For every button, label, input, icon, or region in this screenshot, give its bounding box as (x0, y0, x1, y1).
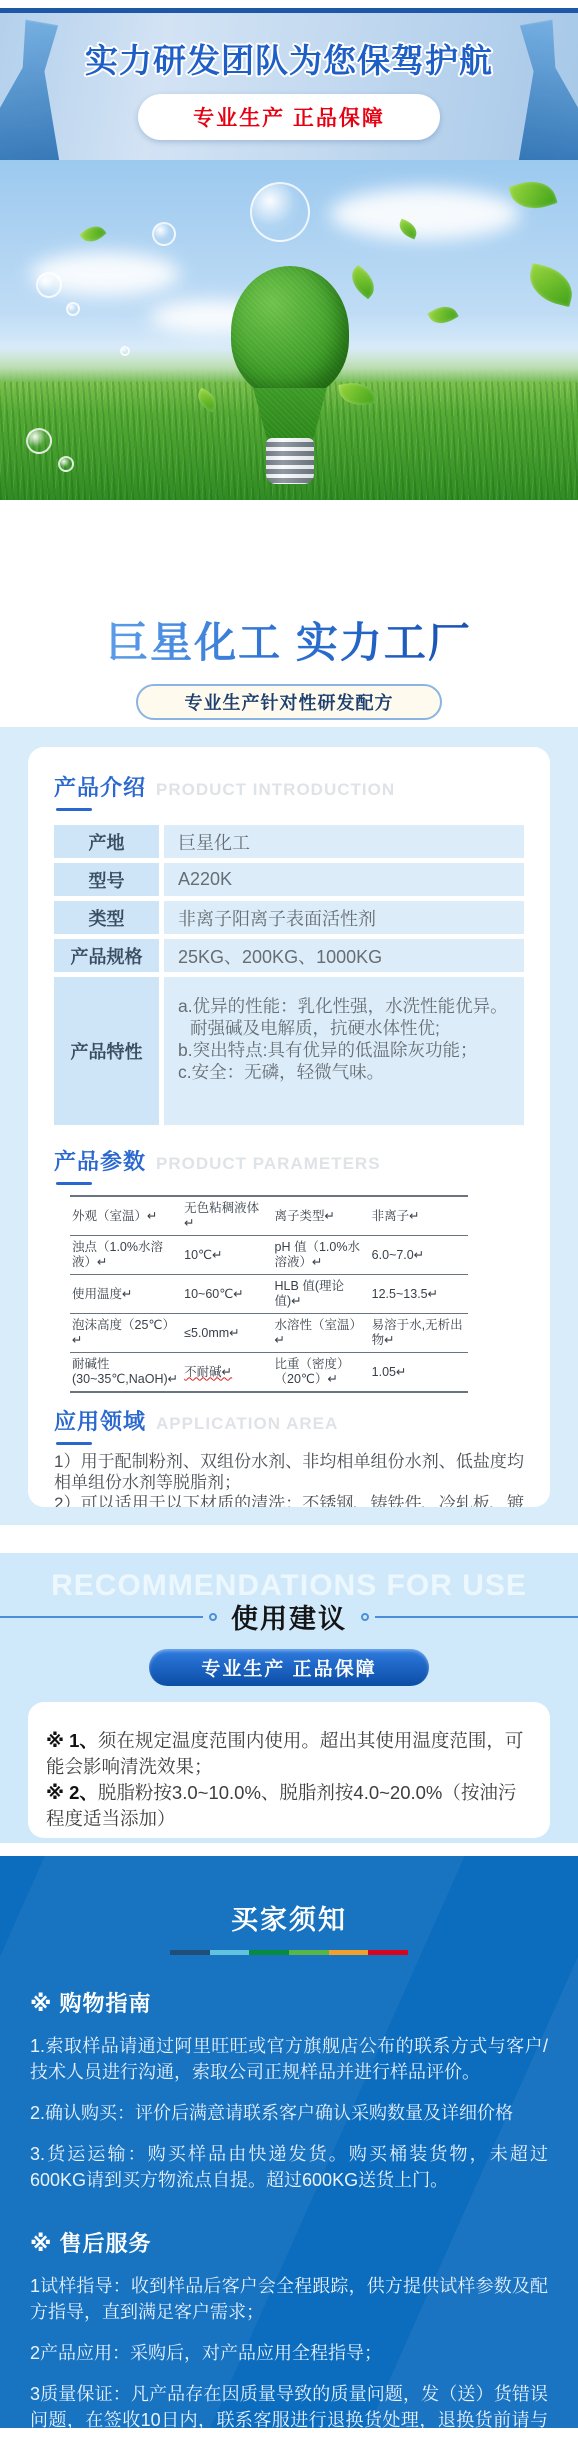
intro-header: 产品介绍 PRODUCT INTRODUCTION (54, 771, 524, 802)
intro-underline (56, 808, 92, 811)
note-text: 须在规定温度范围内使用。超出其使用温度范围，可能会影响清洗效果； (46, 1730, 523, 1777)
param-cell: HLB 值(理论值)↵ (273, 1275, 370, 1314)
param-cell: 耐碱性(30~35℃,NaOH)↵ (70, 1353, 182, 1393)
row-value: A220K (164, 863, 524, 896)
row-value: 巨星化工 (164, 825, 524, 858)
params-header: 产品参数 PRODUCT PARAMETERS (54, 1145, 524, 1176)
alkali-resistance-value: 不耐碱↵ (184, 1365, 232, 1379)
application-header: 应用领域 APPLICATION AREA (54, 1405, 524, 1436)
param-cell: 10℃↵ (182, 1236, 272, 1275)
param-cell: pH 值（1.0%水溶液）↵ (273, 1236, 370, 1275)
param-cell: 6.0~7.0↵ (370, 1236, 468, 1275)
product-info-section: 产品介绍 PRODUCT INTRODUCTION 产地 巨星化工 型号 A22… (0, 727, 578, 1525)
table-row: 产品规格 25KG、200KG、1000KG (54, 939, 524, 972)
param-cell: 外观（室温）↵ (70, 1196, 182, 1236)
table-row: 使用温度↵ 10~60℃↵ HLB 值(理论值)↵ 12.5~13.5↵ (70, 1275, 468, 1314)
lightbulb-metal-base (266, 438, 314, 484)
application-item: 1）用于配制粉剂、双组份水剂、非均相单组份水剂、低盐度均相单组份水剂等脱脂剂； (54, 1451, 524, 1493)
cloud (330, 188, 520, 240)
intro-table: 产地 巨星化工 型号 A220K 类型 非离子阳离子表面活性剂 产品规格 25K… (54, 825, 524, 1125)
row-value: 非离子阳离子表面活性剂 (164, 901, 524, 934)
row-value: a.优异的性能：乳化性强，水洗性能优异。 耐强碱及电解质，抗硬水体性优; b.突… (164, 977, 524, 1125)
divider-line (375, 1616, 578, 1618)
param-cell: 泡沫高度（25℃）↵ (70, 1314, 182, 1353)
after-sales-item: 3质量保证：凡产品存在因质量导致的质量问题，发（送）货错误问题，在签收10日内，… (30, 2381, 548, 2428)
bar-segment (289, 1950, 329, 1955)
top-banner: 实力研发团队为您保驾护航 专业生产 正品保障 (0, 8, 578, 160)
table-row: 型号 A220K (54, 863, 524, 896)
intro-heading-en: PRODUCT INTRODUCTION (156, 780, 395, 800)
bubble (66, 302, 80, 316)
color-segment-bar (170, 1950, 408, 1955)
row-value: 25KG、200KG、1000KG (164, 939, 524, 972)
after-sales-heading: ※ 售后服务 (30, 2227, 548, 2258)
usage-notes-card: ※ 1、须在规定温度范围内使用。超出其使用温度范围，可能会影响清洗效果； ※ 2… (28, 1702, 550, 1838)
application-item: 2）可以适用于以下材质的清洗：不锈钢、铸铁件、冷轧板、镀锌板等铁材的清洗；用于压… (54, 1493, 524, 1507)
feature-line: b.突出特点:具有优异的低温除灰功能； (178, 1039, 510, 1061)
bubble (58, 456, 74, 472)
usage-badge: 专业生产 正品保障 (149, 1649, 429, 1686)
bar-segment (210, 1950, 250, 1955)
param-cell: 离子类型↵ (273, 1196, 370, 1236)
param-cell: 易溶于水,无析出物↵ (370, 1314, 468, 1353)
bubble (120, 346, 130, 356)
divider-line (0, 1616, 203, 1618)
param-cell: 浊点（1.0%水溶液）↵ (70, 1236, 182, 1275)
table-row: 泡沫高度（25℃）↵ ≤5.0mm↵ 水溶性（室温）↵ 易溶于水,无析出物↵ (70, 1314, 468, 1353)
bubble (36, 272, 62, 298)
param-cell: 不耐碱↵ (182, 1353, 272, 1393)
page-top-margin (0, 0, 578, 8)
param-cell: ≤5.0mm↵ (182, 1314, 272, 1353)
params-heading: 产品参数 (54, 1145, 146, 1176)
param-cell: 10~60℃↵ (182, 1275, 272, 1314)
usage-heading: 使用建议 (223, 1597, 355, 1636)
buyer-notice-content: 买家须知 ※ 购物指南 1.索取样品请通过阿里旺旺或官方旗舰店公布的联系方式与客… (30, 1856, 548, 2428)
shopping-guide-item: 2.确认购买：评价后满意请联系客户确认采购数量及详细价格 (30, 2100, 548, 2126)
row-label: 类型 (54, 901, 159, 934)
buyer-notice-title: 买家须知 (30, 1856, 548, 1937)
param-cell: 非离子↵ (370, 1196, 468, 1236)
table-row: 浊点（1.0%水溶液）↵ 10℃↵ pH 值（1.0%水溶液）↵ 6.0~7.0… (70, 1236, 468, 1275)
table-row: 产地 巨星化工 (54, 825, 524, 858)
bar-segment (368, 1950, 408, 1955)
banner-title: 实力研发团队为您保驾护航 (0, 35, 578, 82)
factory-subtitle-badge: 专业生产针对性研发配方 (136, 684, 442, 720)
shopping-guide-item: 1.索取样品请通过阿里旺旺或官方旗舰店公布的联系方式与客户/技术人员进行沟通，索… (30, 2033, 548, 2085)
shopping-guide-heading: ※ 购物指南 (30, 1987, 548, 2018)
application-heading: 应用领域 (54, 1405, 146, 1436)
params-table: 外观（室温）↵ 无色粘稠液体↵ 离子类型↵ 非离子↵ 浊点（1.0%水溶液）↵ … (70, 1195, 468, 1393)
usage-note: ※ 2、脱脂粉按3.0~10.0%、脱脂剂按4.0~20.0%（按油污程度适当添… (46, 1780, 532, 1832)
ring-icon (361, 1613, 369, 1621)
table-row: 外观（室温）↵ 无色粘稠液体↵ 离子类型↵ 非离子↵ (70, 1196, 468, 1236)
product-info-card: 产品介绍 PRODUCT INTRODUCTION 产地 巨星化工 型号 A22… (28, 747, 550, 1507)
usage-heading-row: 使用建议 (0, 1597, 578, 1636)
feature-line: a.优异的性能：乳化性强，水洗性能优异。 (178, 995, 510, 1017)
row-label: 型号 (54, 863, 159, 896)
bubble (26, 428, 52, 454)
bar-segment (170, 1950, 210, 1955)
intro-heading: 产品介绍 (54, 771, 146, 802)
page-bottom-margin (0, 2428, 578, 2464)
note-text: 脱脂粉按3.0~10.0%、脱脂剂按4.0~20.0%（按油污程度适当添加） (46, 1782, 516, 1829)
note-marker: ※ 1、 (46, 1730, 98, 1751)
params-underline (56, 1182, 92, 1185)
table-row: 类型 非离子阳离子表面活性剂 (54, 901, 524, 934)
bar-segment (249, 1950, 289, 1955)
table-row: 耐碱性(30~35℃,NaOH)↵ 不耐碱↵ 比重（密度）（20℃）↵ 1.05… (70, 1353, 468, 1393)
bar-segment (329, 1950, 369, 1955)
after-sales-item: 1试样指导：收到样品后客户会全程跟踪，供方提供试样参数及配方指导，直到满足客户需… (30, 2273, 548, 2325)
application-heading-en: APPLICATION AREA (156, 1414, 338, 1434)
param-cell: 使用温度↵ (70, 1275, 182, 1314)
note-marker: ※ 2、 (46, 1782, 98, 1803)
row-label: 产品规格 (54, 939, 159, 972)
param-cell: 水溶性（室温）↵ (273, 1314, 370, 1353)
params-heading-en: PRODUCT PARAMETERS (156, 1154, 381, 1174)
feature-line: 耐强碱及电解质，抗硬水体性优; (178, 1017, 510, 1039)
param-cell: 12.5~13.5↵ (370, 1275, 468, 1314)
table-row-features: 产品特性 a.优异的性能：乳化性强，水洗性能优异。 耐强碱及电解质，抗硬水体性优… (54, 977, 524, 1125)
factory-title: 巨星化工 实力工厂 (106, 610, 472, 670)
row-label: 产品特性 (54, 977, 159, 1125)
shopping-guide-item: 3.货运运输：购买样品由快递发货。购买桶装货物，未超过600KG请到买方物流点自… (30, 2141, 548, 2193)
usage-note: ※ 1、须在规定温度范围内使用。超出其使用温度范围，可能会影响清洗效果； (46, 1728, 532, 1780)
param-cell: 无色粘稠液体↵ (182, 1196, 272, 1236)
buyer-notice-section: 买家须知 ※ 购物指南 1.索取样品请通过阿里旺旺或官方旗舰店公布的联系方式与客… (0, 1856, 578, 2428)
section-gap (0, 1525, 578, 1553)
factory-title-block: 巨星化工 实力工厂 专业生产针对性研发配方 (0, 500, 578, 727)
banner-badge: 专业生产 正品保障 (138, 94, 440, 140)
grass-lightbulb-globe (231, 266, 349, 398)
usage-section: RECOMMENDATIONS FOR USE 使用建议 专业生产 正品保障 ※… (0, 1553, 578, 1843)
application-text: 1）用于配制粉剂、双组份水剂、非均相单组份水剂、低盐度均相单组份水剂等脱脂剂； … (54, 1451, 524, 1507)
bubble (250, 182, 310, 242)
bubble (152, 222, 176, 246)
application-underline (56, 1442, 92, 1445)
section-gap (0, 1843, 578, 1856)
ring-icon (209, 1613, 217, 1621)
feature-line: c.安全：无磷，轻微气味。 (178, 1061, 510, 1083)
param-cell: 1.05↵ (370, 1353, 468, 1393)
after-sales-item: 2产品应用：采购后，对产品应用全程指导； (30, 2340, 548, 2366)
hero-image (0, 160, 578, 500)
row-label: 产地 (54, 825, 159, 858)
param-cell: 比重（密度）（20℃）↵ (273, 1353, 370, 1393)
